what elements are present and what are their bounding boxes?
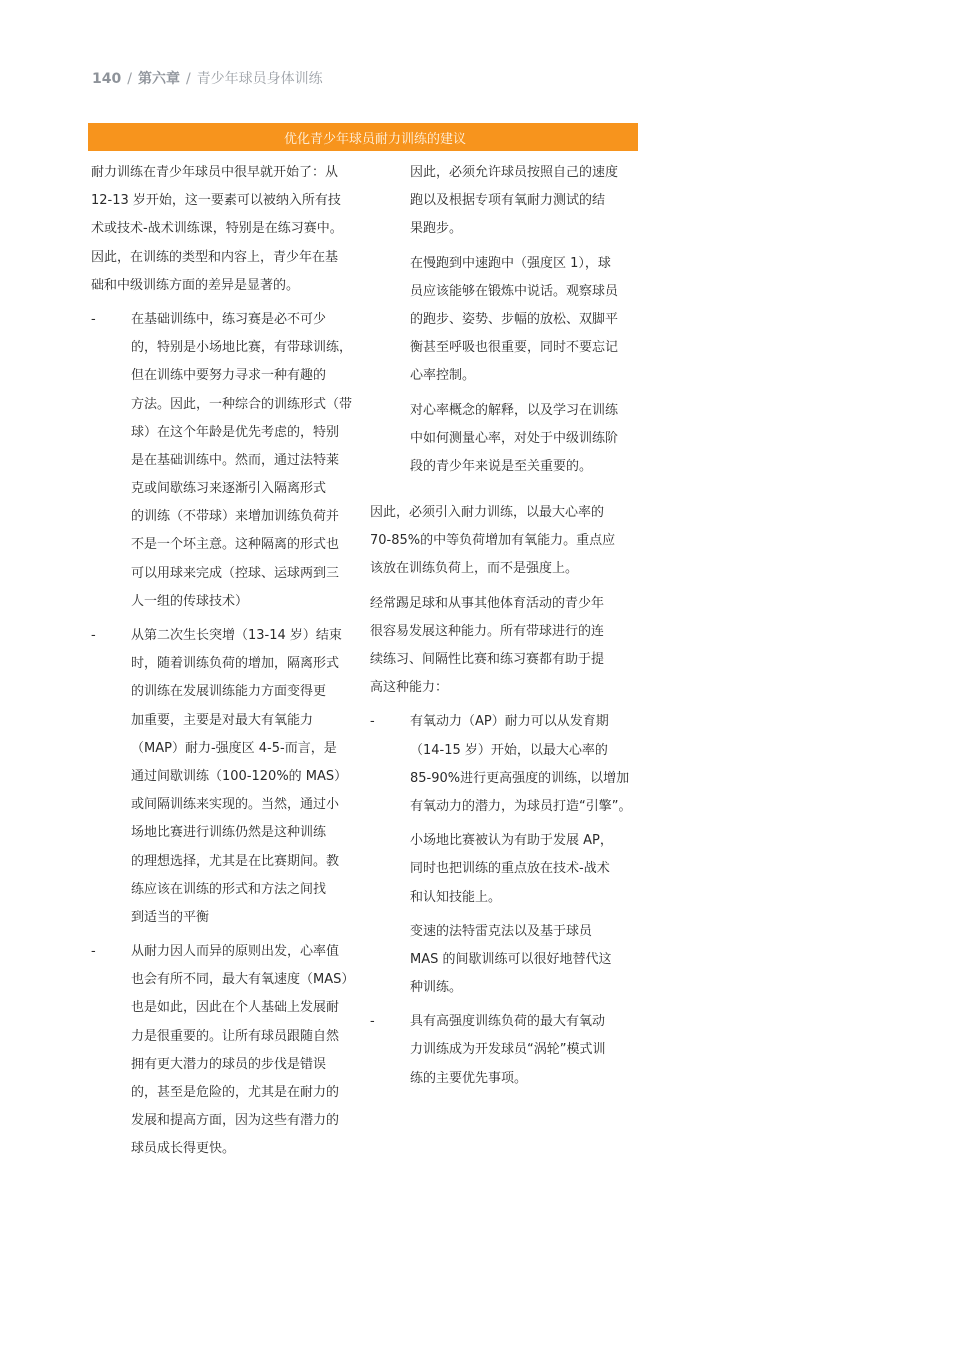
- banner-title: 优化青少年球员耐力训练的建议: [284, 128, 466, 147]
- left-column: 耐力训练在青少年球员中很早就开始了：从 12-13 岁开始，这一要素可以被纳入所…: [91, 159, 363, 1164]
- text-line: 发展和提高方面，因为这些有潜力的: [131, 1107, 363, 1135]
- text-line: 该放在训练负荷上，而不是强度上。: [370, 555, 638, 583]
- text-line: 拥有更大潜力的球员的步伐是错误: [131, 1051, 363, 1079]
- right-column: 因此，必须允许球员按照自己的速度 跑以及根据专项有氧耐力测试的结 果跑步。 在慢…: [370, 159, 638, 1093]
- paragraph: 因此，必须允许球员按照自己的速度 跑以及根据专项有氧耐力测试的结 果跑步。: [410, 159, 638, 244]
- text-line: MAS 的间歇训练可以很好地替代这: [410, 946, 638, 974]
- text-line: 同时也把训练的重点放在技术-战术: [410, 855, 638, 883]
- bullet-item-individual-endurance: - 从耐力因人而异的原则出发，心率值 也会有所不同，最大有氧速度（MAS） 也是…: [91, 938, 363, 1164]
- separator: /: [186, 71, 191, 87]
- text-line: 因此，必须引入耐力训练，以最大心率的: [370, 499, 638, 527]
- chapter-label: 第六章: [138, 71, 180, 87]
- text-line: 但在训练中要努力寻求一种有趣的: [131, 362, 363, 390]
- continued-bullet-text: 因此，必须允许球员按照自己的速度 跑以及根据专项有氧耐力测试的结 果跑步。 在慢…: [370, 159, 638, 481]
- text-line: 的，特别是小场地比赛，有带球训练，: [131, 334, 363, 362]
- text-line: 员应该能够在锻炼中说话。观察球员: [410, 278, 638, 306]
- text-line: 对心率概念的解释，以及学习在训练: [410, 397, 638, 425]
- text-line: 方法。因此，一种综合的训练形式（带: [131, 391, 363, 419]
- paragraph: 具有高强度训练负荷的最大有氧动 力训练成为开发球员“涡轮”模式训 练的主要优先事…: [410, 1008, 638, 1093]
- bullet-dash: -: [91, 622, 96, 650]
- bullet-item-growth-spurt: - 从第二次生长突增（13-14 岁）结束 时，随着训练负荷的增加，隔离形式 的…: [91, 622, 363, 932]
- text-line: 的，甚至是危险的，尤其是在耐力的: [131, 1079, 363, 1107]
- text-line: （MAP）耐力-强度区 4-5-而言，是: [131, 735, 363, 763]
- bullet-item-basic-training: - 在基础训练中，练习赛是必不可少 的，特别是小场地比赛，有带球训练， 但在训练…: [91, 306, 363, 616]
- text-line: 很容易发展这种能力。所有带球进行的连: [370, 618, 638, 646]
- paragraph: 有氧动力（AP）耐力可以从发育期 （14-15 岁）开始，以最大心率的 85-9…: [410, 708, 638, 821]
- text-line: 也会有所不同，最大有氧速度（MAS）: [131, 966, 363, 994]
- text-line: （14-15 岁）开始，以最大心率的: [410, 737, 638, 765]
- text-line: 变速的法特雷克法以及基于球员: [410, 918, 638, 946]
- text-line: 球）在这个年龄是优先考虑的，特别: [131, 419, 363, 447]
- bullet-item-aerobic-power: - 有氧动力（AP）耐力可以从发育期 （14-15 岁）开始，以最大心率的 85…: [370, 708, 638, 1002]
- text-line: 果跑步。: [410, 215, 638, 243]
- text-line: 的训练在发展训练能力方面变得更: [131, 678, 363, 706]
- text-line: 12-13 岁开始，这一要素可以被纳入所有技: [91, 187, 363, 215]
- text-line: 中如何测量心率，对处于中级训练阶: [410, 425, 638, 453]
- text-line: 场地比赛进行训练仍然是这种训练: [131, 819, 363, 847]
- text-line: 有氧动力（AP）耐力可以从发育期: [410, 708, 638, 736]
- page-number: 140: [92, 71, 121, 87]
- bullet-dash: -: [91, 306, 96, 334]
- text-line: 力是很重要的。让所有球员跟随自然: [131, 1023, 363, 1051]
- text-line: 球员成长得更快。: [131, 1135, 363, 1163]
- text-line: 础和中级训练方面的差异是显著的。: [91, 272, 363, 300]
- paragraph: 变速的法特雷克法以及基于球员 MAS 的间歇训练可以很好地替代这 种训练。: [410, 918, 638, 1003]
- text-line: 因此，必须允许球员按照自己的速度: [410, 159, 638, 187]
- text-line: 心率控制。: [410, 362, 638, 390]
- text-line: 到适当的平衡: [131, 904, 363, 932]
- paragraph: 对心率概念的解释，以及学习在训练 中如何测量心率，对处于中级训练阶 段的青少年来…: [410, 397, 638, 482]
- paragraph-common-activities: 经常踢足球和从事其他体育活动的青少年 很容易发展这种能力。所有带球进行的连 续练…: [370, 590, 638, 703]
- text-line: 练应该在训练的形式和方法之间找: [131, 876, 363, 904]
- text-line: 从第二次生长突增（13-14 岁）结束: [131, 622, 363, 650]
- text-line: 小场地比赛被认为有助于发展 AP，: [410, 827, 638, 855]
- section-banner: 优化青少年球员耐力训练的建议: [88, 123, 638, 151]
- text-line: 可以用球来完成（控球、运球两到三: [131, 560, 363, 588]
- text-line: 种训练。: [410, 974, 638, 1002]
- text-line: 续练习、间隔性比赛和练习赛都有助于提: [370, 646, 638, 674]
- text-line: 的理想选择，尤其是在比赛期间。教: [131, 848, 363, 876]
- paragraph: 在慢跑到中速跑中（强度区 1），球 员应该能够在锻炼中说话。观察球员 的跑步、姿…: [410, 250, 638, 391]
- section-label: 青少年球员身体训练: [197, 71, 323, 87]
- text-line: 和认知技能上。: [410, 884, 638, 912]
- bullet-dash: -: [370, 1008, 375, 1036]
- bullet-item-max-aerobic-power: - 具有高强度训练负荷的最大有氧动 力训练成为开发球员“涡轮”模式训 练的主要优…: [370, 1008, 638, 1093]
- text-line: 的跑步、姿势、步幅的放松、双脚平: [410, 306, 638, 334]
- text-line: 从耐力因人而异的原则出发，心率值: [131, 938, 363, 966]
- text-line: 因此，在训练的类型和内容上，青少年在基: [91, 244, 363, 272]
- text-line: 加重要，主要是对最大有氧能力: [131, 707, 363, 735]
- separator: /: [127, 71, 132, 87]
- text-line: 的训练（不带球）来增加训练负荷并: [131, 503, 363, 531]
- text-line: 有氧动力的潜力，为球员打造“引擎”。: [410, 793, 638, 821]
- text-line: 也是如此，因此在个人基础上发展耐: [131, 994, 363, 1022]
- text-line: 跑以及根据专项有氧耐力测试的结: [410, 187, 638, 215]
- text-line: 克或间歇练习来逐渐引入隔离形式: [131, 475, 363, 503]
- text-line: 经常踢足球和从事其他体育活动的青少年: [370, 590, 638, 618]
- text-line: 段的青少年来说是至关重要的。: [410, 453, 638, 481]
- text-line: 85-90%进行更高强度的训练，以增加: [410, 765, 638, 793]
- text-line: 耐力训练在青少年球员中很早就开始了：从: [91, 159, 363, 187]
- text-line: 时，随着训练负荷的增加，隔离形式: [131, 650, 363, 678]
- text-line: 练的主要优先事项。: [410, 1065, 638, 1093]
- text-line: 不是一个坏主意。这种隔离的形式也: [131, 531, 363, 559]
- text-line: 力训练成为开发球员“涡轮”模式训: [410, 1036, 638, 1064]
- bullet-dash: -: [91, 938, 96, 966]
- text-line: 通过间歇训练（100-120%的 MAS）: [131, 763, 363, 791]
- text-line: 术或技术-战术训练课，特别是在练习赛中。: [91, 215, 363, 243]
- text-line: 或间隔训练来实现的。当然，通过小: [131, 791, 363, 819]
- text-line: 70-85%的中等负荷增加有氧能力。重点应: [370, 527, 638, 555]
- text-line: 高这种能力：: [370, 674, 638, 702]
- text-line: 是在基础训练中。然而，通过法特莱: [131, 447, 363, 475]
- intro-paragraph: 耐力训练在青少年球员中很早就开始了：从 12-13 岁开始，这一要素可以被纳入所…: [91, 159, 363, 300]
- text-line: 在基础训练中，练习赛是必不可少: [131, 306, 363, 334]
- text-line: 具有高强度训练负荷的最大有氧动: [410, 1008, 638, 1036]
- paragraph: 小场地比赛被认为有助于发展 AP， 同时也把训练的重点放在技术-战术 和认知技能…: [410, 827, 638, 912]
- text-line: 人一组的传球技术）: [131, 588, 363, 616]
- text-line: 衡甚至呼吸也很重要，同时不要忘记: [410, 334, 638, 362]
- paragraph-intermediate-training: 因此，必须引入耐力训练，以最大心率的 70-85%的中等负荷增加有氧能力。重点应…: [370, 499, 638, 584]
- bullet-dash: -: [370, 708, 375, 736]
- running-head: 140/第六章/青少年球员身体训练: [92, 68, 323, 88]
- text-line: 在慢跑到中速跑中（强度区 1），球: [410, 250, 638, 278]
